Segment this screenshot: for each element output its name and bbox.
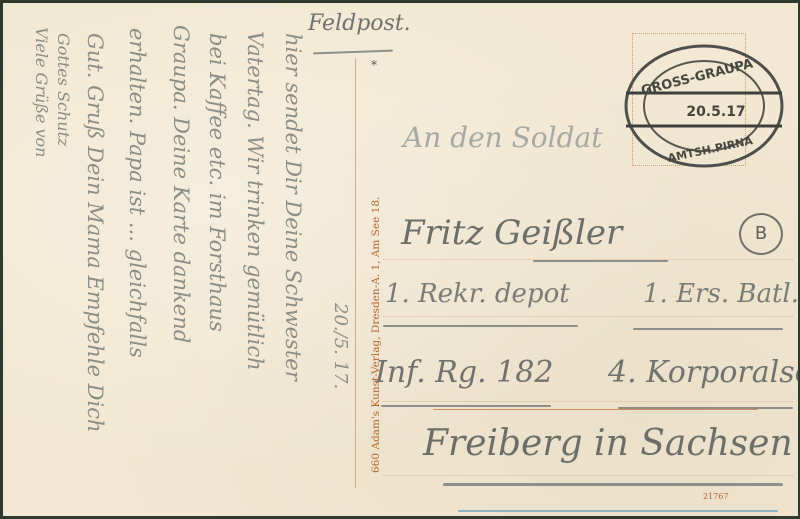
- publisher-imprint: 660 Adam's Kunst-Verlag, Dresden-A. 1, A…: [370, 197, 382, 473]
- recipient-name: Fritz Geißler: [401, 213, 622, 253]
- center-divider: [355, 58, 356, 488]
- line1-underline-left: [383, 325, 578, 327]
- message-line: erhalten. Papa ist ... gleichfalls: [125, 28, 149, 358]
- postcard: Feldpost. hier sendet Dir Deine Schweste…: [3, 3, 798, 516]
- address-line1-right: 1. Ers. Batl.: [643, 279, 798, 309]
- message-line: hier sendet Dir Deine Schwester: [281, 33, 305, 381]
- line2-underline-left: [381, 405, 551, 407]
- address-city: Freiberg in Sachsen: [423, 423, 793, 464]
- feldpost-underline: [313, 50, 393, 55]
- message-line: Gottes Schutz: [54, 33, 73, 146]
- name-underline: [533, 260, 668, 262]
- message-line: bei Kaffee etc. im Forsthaus: [205, 33, 229, 332]
- line1-underline-right: [633, 328, 783, 330]
- address-ruled-line: [383, 316, 793, 317]
- address-salutation: An den Soldat: [403, 121, 602, 154]
- line2-underline-right: [618, 407, 793, 409]
- message-line: Viele Grüße von: [32, 27, 51, 157]
- message-line: Gut. Gruß Dein Mama Empfehle Dich: [83, 33, 107, 433]
- message-line: Vatertag. Wir trinken gemütlich: [243, 31, 267, 371]
- svg-text:20.5.17: 20.5.17: [686, 104, 745, 120]
- address-line1-left: 1. Rekr. depot: [385, 279, 570, 309]
- circled-b-mark: B: [739, 213, 783, 255]
- asterisk-mark: *: [371, 58, 377, 72]
- city-underline: [443, 483, 783, 486]
- message-line: Graupa. Deine Karte dankend: [169, 25, 193, 343]
- address-ruled-line: [383, 475, 793, 476]
- city-underline-blue: [458, 510, 778, 512]
- address-line2-left: Inf. Rg. 182: [375, 355, 553, 390]
- address-line2-right: 4. Korporalsch.: [608, 355, 798, 390]
- line2-orange-rule: [433, 409, 758, 410]
- feldpost-heading: Feldpost.: [308, 11, 411, 36]
- message-date: 20./5. 17.: [330, 303, 351, 389]
- address-ruled-line: [383, 401, 793, 402]
- postmark-icon: GROSS-GRAUPA 20.5.17 AMTSH.PIRNA: [616, 41, 786, 171]
- serial-number: 21767: [703, 492, 728, 501]
